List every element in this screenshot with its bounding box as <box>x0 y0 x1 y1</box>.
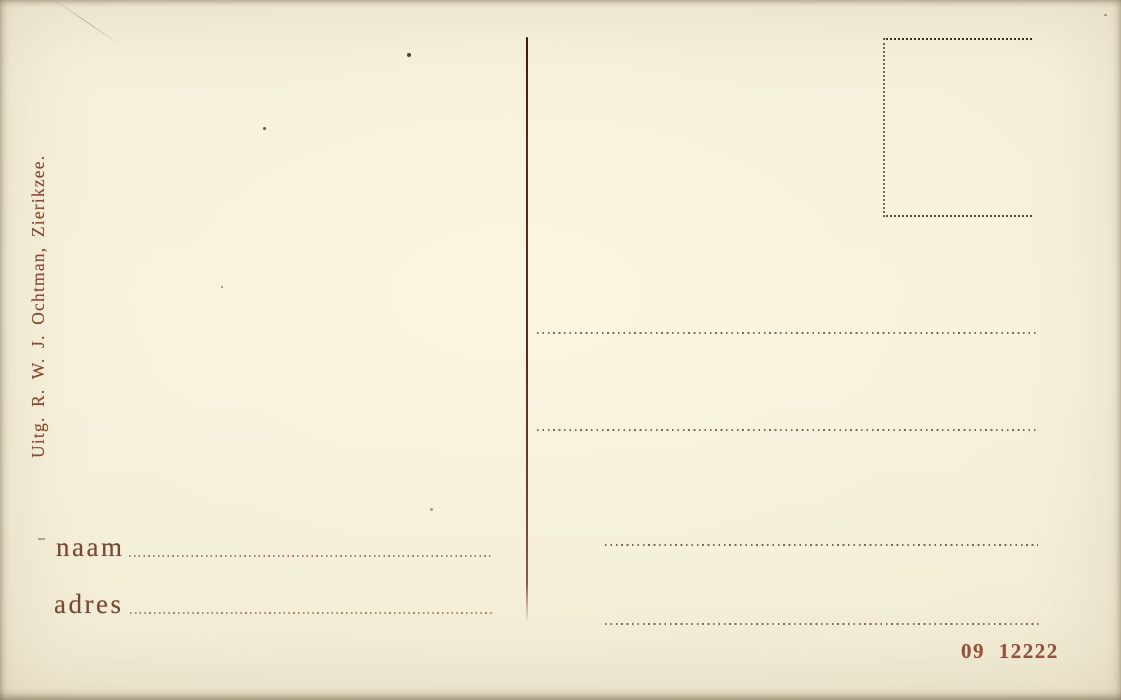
serial-number: 09 12222 <box>961 639 1059 664</box>
address-writing-line <box>537 429 1037 431</box>
stamp-box <box>883 38 1032 217</box>
print-artifact-dash <box>38 538 45 540</box>
paper-speck <box>263 127 266 130</box>
address-writing-line <box>605 544 1038 546</box>
paper-speck <box>1104 14 1107 16</box>
address-writing-line <box>605 623 1039 625</box>
center-divider-rule <box>526 37 528 623</box>
postcard-back: Uitg. R. W. J. Ochtman, Zierikzee. naam … <box>0 0 1121 700</box>
name-writing-line <box>129 555 493 557</box>
paper-speck <box>221 286 223 288</box>
name-field-label: naam <box>56 534 124 561</box>
paper-speck <box>430 508 433 511</box>
publisher-imprint: Uitg. R. W. J. Ochtman, Zierikzee. <box>28 180 52 458</box>
address-writing-line-left <box>130 612 492 614</box>
address-writing-line <box>537 332 1037 334</box>
paper-scratch <box>51 0 121 46</box>
paper-speck <box>407 53 411 57</box>
address-field-label: adres <box>54 591 123 618</box>
